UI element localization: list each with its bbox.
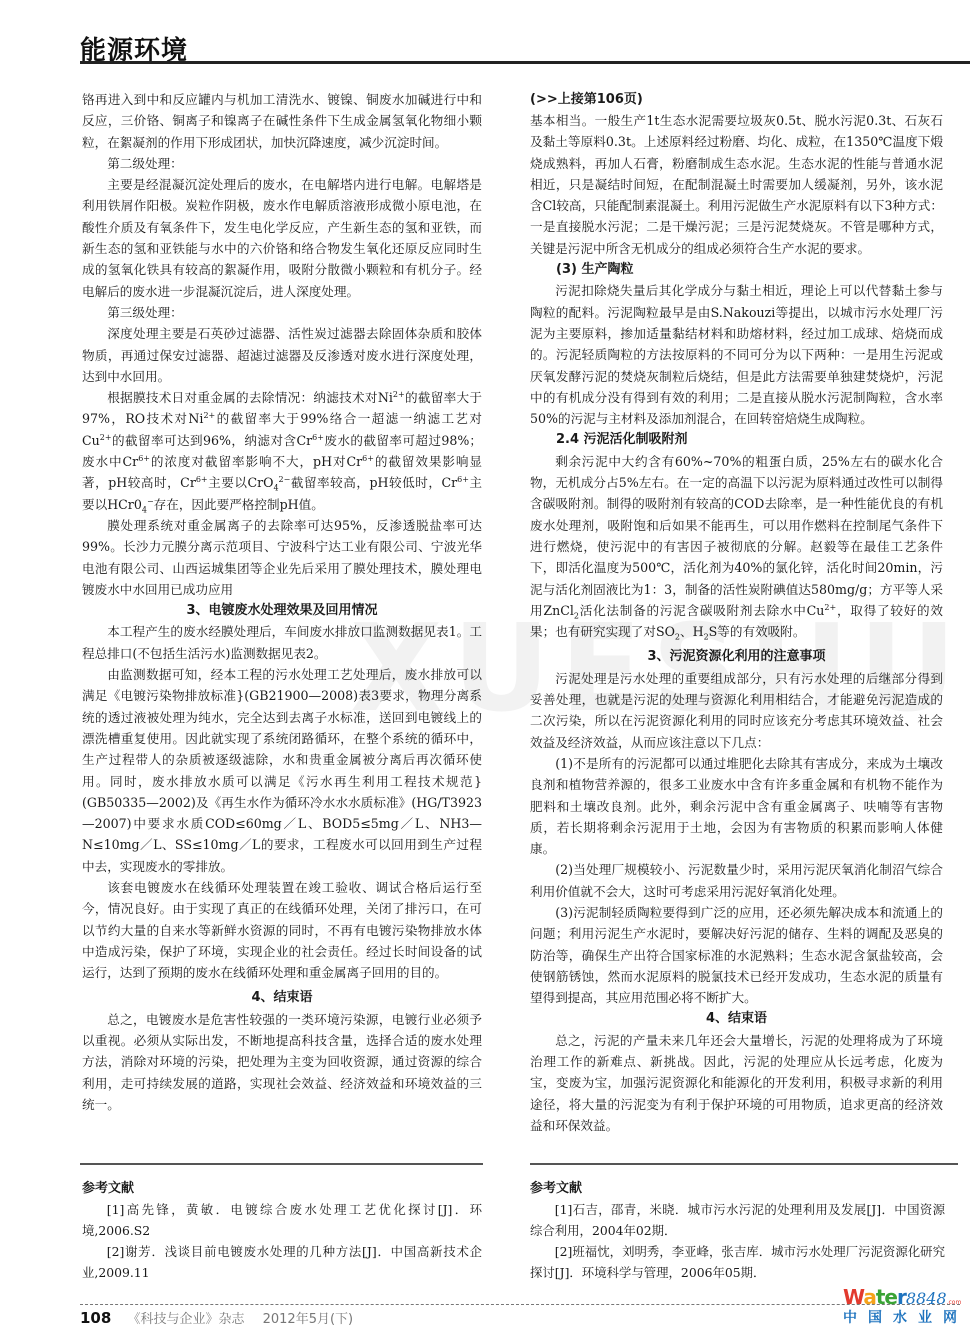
page-footer: 108 《科技与企业》杂志 2012年5月(下) (80, 1308, 353, 1327)
paragraph: 该套电镀废水在线循环处理装置在竣工验收、调试合格后运行至今，情况良好。由于实现了… (82, 877, 482, 983)
reference-item: [1]高先锋，黄敏．电镀综合废水处理工艺优化探讨[J]．环境,2006.S2 (82, 1199, 482, 1241)
subheading-second-stage: 第二级处理： (82, 153, 482, 174)
references-title: 参考文献 (82, 1178, 482, 1199)
paragraph: 基本相当。一般生产1t生态水泥需要垃圾灰0.5t、脱水污泥0.3t、石灰石及黏土… (530, 110, 943, 259)
references-title: 参考文献 (530, 1178, 945, 1199)
paragraph: 由监测数据可知，经本工程的污水处理工艺处理后，废水排放可以满足《电镀污染物排放标… (82, 664, 482, 877)
right-column: (>>上接第106页) 基本相当。一般生产1t生态水泥需要垃圾灰0.5t、脱水污… (530, 89, 943, 1136)
paragraph: 主要是经混凝沉淀处理后的废水，在电解塔内进行电解。电解塔是利用铁屑作阳极。炭粒作… (82, 174, 482, 302)
reference-item: [1]石吉，邵青，米晓．城市污水污泥的处理利用及发展[J]．中国资源综合利用，2… (530, 1199, 945, 1241)
heading-section-3: 3、污泥资源化利用的注意事项 (530, 646, 943, 667)
paragraph: 膜处理系统对重金属离子的去除率可达95%，反渗透脱盐率可达99%。长沙力元膜分离… (82, 515, 482, 600)
reference-item: [2]谢芳．浅谈目前电镀废水处理的几种方法[J]．中国高新技术企业,2009.1… (82, 1241, 482, 1283)
subheading-adsorbent: 2.4 污泥活化制吸附剂 (530, 429, 943, 450)
heading-section-4: 4、结束语 (82, 987, 482, 1008)
paragraph: (2)当处理厂规模较小、污泥数量少时，采用污泥厌氧消化制沼气综合利用价值就不会大… (530, 859, 943, 902)
references-rule (530, 1163, 958, 1165)
water8848-logo: Water8848.com 中国水业网 (843, 1285, 968, 1327)
heading-section-4: 4、结束语 (530, 1008, 943, 1029)
page-number: 108 (80, 1309, 111, 1327)
references-rule (80, 1163, 483, 1165)
references-right: 参考文献 [1]石吉，邵青，米晓．城市污水污泥的处理利用及发展[J]．中国资源综… (530, 1178, 945, 1283)
journal-name: 《科技与企业》杂志 (127, 1312, 244, 1327)
issue-date: 2012年5月(下) (263, 1312, 354, 1327)
paragraph: (1)不是所有的污泥都可以通过堆肥化去除其有害成分，来成为土壤改良剂和植物营养源… (530, 753, 943, 859)
reference-item: [2]班福忱，刘明秀，李亚峰，张吉库．城市污水处理厂污泥资源化研究探讨[J]．环… (530, 1241, 945, 1283)
paragraph-adsorbent: 剩余污泥中大约含有60%~70%的粗蛋白质，25%左右的碳水化合物，无机成分占5… (530, 451, 943, 643)
paragraph-conclusion: 总之，电镀废水是危害性较强的一类环境污染源，电镀行业必须予以重视。必须从实际出发… (82, 1009, 482, 1115)
references-left: 参考文献 [1]高先锋，黄敏．电镀综合废水处理工艺优化探讨[J]．环境,2006… (82, 1178, 482, 1283)
footer-rule (80, 1304, 960, 1305)
paragraph: 铬再进入到中和反应罐内与机加工清洗水、镀镍、铜废水加碱进行中和反应，三价铬、铜离… (82, 89, 482, 153)
left-column: 铬再进入到中和反应罐内与机加工清洗水、镀镍、铜废水加碱进行中和反应，三价铬、铜离… (82, 89, 482, 1115)
logo-domain: .com (947, 1299, 962, 1306)
subheading-ceramsite: (3) 生产陶粒 (530, 259, 943, 280)
paragraph: 污泥处理是污水处理的重要组成部分，只有污水处理的后继部分得到妥善处理，也就是污泥… (530, 668, 943, 753)
logo-wordmark: Water (843, 1285, 906, 1309)
paragraph: (3)污泥制轻质陶粒要得到广泛的应用，还必须先解决成本和流通上的问题；利用污泥生… (530, 902, 943, 1008)
logo-chinese-name: 中国水业网 (843, 1307, 968, 1327)
subheading-third-stage: 第三级处理： (82, 302, 482, 323)
heading-section-3: 3、电镀废水处理效果及回用情况 (82, 600, 482, 621)
paragraph: 污泥扣除烧失量后其化学成分与黏土相近，理论上可以代替黏土参与陶粒的配料。污泥陶粒… (530, 280, 943, 429)
paragraph: 深度处理主要是石英砂过滤器、活性炭过滤器去除固体杂质和胶体物质，再通过保安过滤器… (82, 323, 482, 387)
paragraph: 本工程产生的废水经膜处理后，车间废水排放口监测数据见表1。工程总排口(不包括生活… (82, 621, 482, 664)
paragraph-conclusion: 总之，污泥的产量未来几年还会大量增长，污泥的处理将成为了环境治理工作的新难点、新… (530, 1030, 943, 1136)
header-rule (80, 61, 970, 64)
paragraph-membrane-removal: 根据膜技术日对重金属的去除情况：纳滤技术对Ni2+的截留率大于97%，RO技术对… (82, 387, 482, 515)
logo-number: 8848 (906, 1289, 947, 1308)
continued-from-label: (>>上接第106页) (530, 89, 943, 110)
